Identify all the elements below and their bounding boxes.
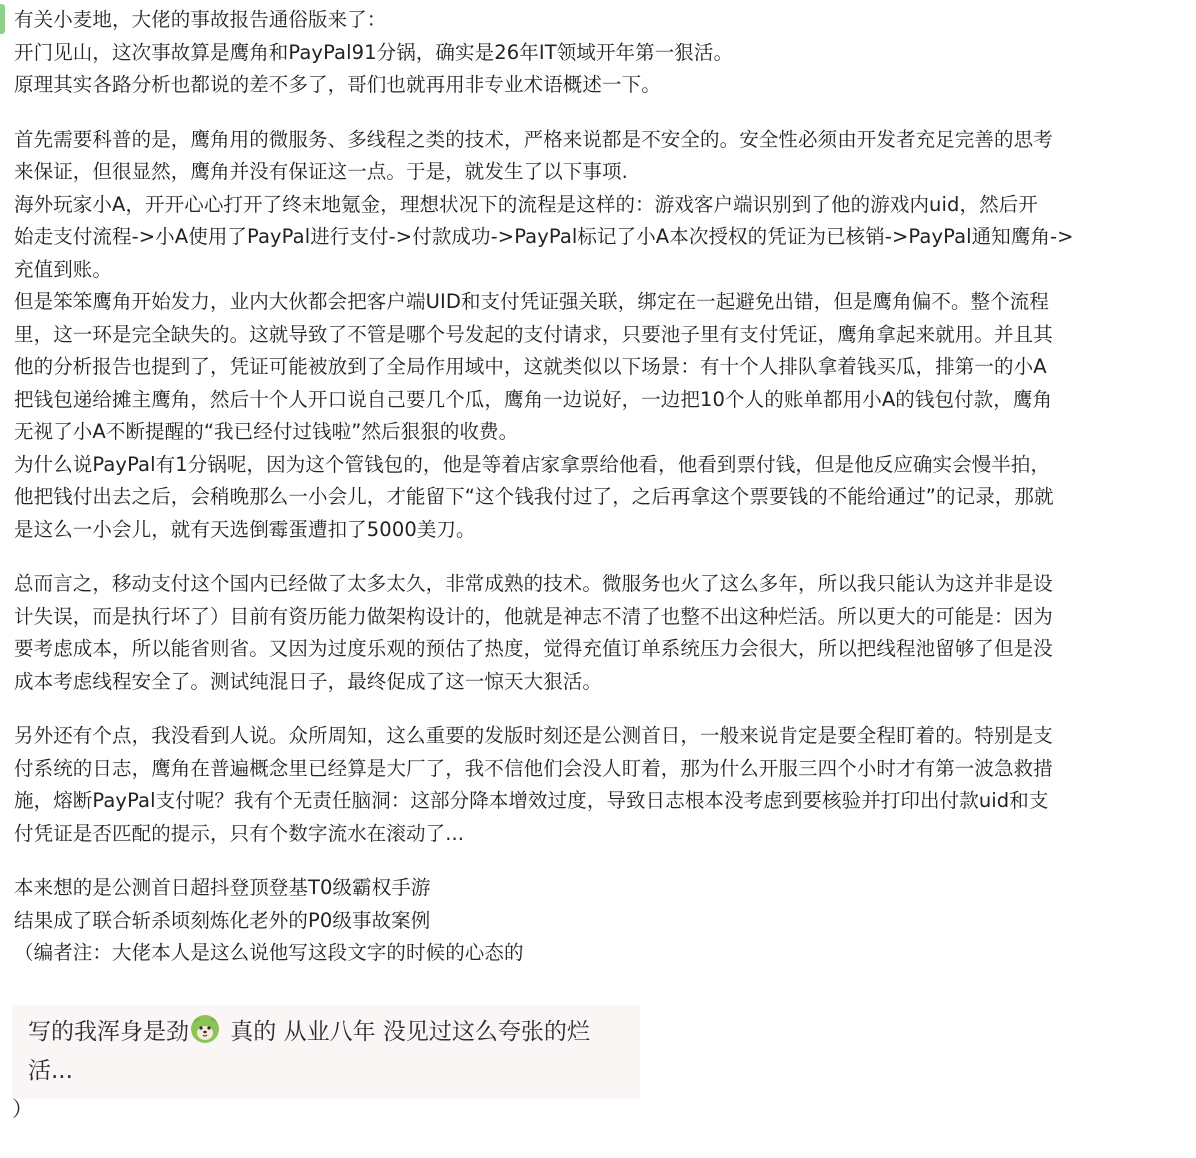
paragraph-gap (14, 850, 1196, 872)
text-line: 他的分析报告也提到了，凭证可能被放到了全局作用域中，这就类似以下场景：有十个人排… (14, 351, 1196, 384)
text-line: 为什么说PayPal有1分锅呢，因为这个管钱包的，他是等着店家拿票给他看，他看到… (14, 449, 1196, 482)
text-line: 把钱包递给摊主鹰角，然后十个人开口说自己要几个瓜，鹰角一边说好，一边把10个人的… (14, 384, 1196, 417)
text-line: 另外还有个点，我没看到人说。众所周知，这么重要的发版时刻还是公测首日，一般来说肯… (14, 720, 1196, 753)
text-line: 他把钱付出去之后，会稍晚那么一小会儿，才能留下“这个钱我付过了，之后再拿这个票要… (14, 481, 1196, 514)
text-line: 首先需要科普的是，鹰角用的微服务、多线程之类的技术，严格来说都是不安全的。安全性… (14, 124, 1196, 157)
text-line: 始走支付流程->小A使用了PayPal进行支付->付款成功->PayPal标记了… (14, 221, 1196, 254)
summary-paragraph: 总而言之，移动支付这个国内已经做了太多太久，非常成熟的技术。微服务也火了这么多年… (14, 568, 1196, 698)
text-line: 充值到账。 (14, 254, 1196, 287)
text-line: 要考虑成本，所以能省则省。又因为过度乐观的预估了热度，觉得充值订单系统压力会很大… (14, 633, 1196, 666)
paragraph-gap (14, 102, 1196, 124)
text-line: 付系统的日志，鹰角在普遍概念里已经算是大厂了，我不信他们会没人盯着，那为什么开服… (14, 753, 1196, 786)
quote-text-part: 活... (28, 1058, 73, 1084)
post-body: 有关小麦地，大佬的事故报告通俗版来了： 开门见山，这次事故算是鹰角和PayPal… (14, 4, 1196, 970)
analysis-paragraph: 首先需要科普的是，鹰角用的微服务、多线程之类的技术，严格来说都是不安全的。安全性… (14, 124, 1196, 547)
quote-text-part: 真的 从业八年 没见过这么夸张的烂 (223, 1019, 590, 1045)
closing-parenthesis: ） (12, 1093, 33, 1125)
text-line: 总而言之，移动支付这个国内已经做了太多太久，非常成熟的技术。微服务也火了这么多年… (14, 568, 1196, 601)
green-dog-emoji-icon (190, 1014, 220, 1044)
paragraph-gap (14, 546, 1196, 568)
text-line: 无视了小A不断提醒的“我已经付过钱啦”然后狠狠的收费。 (14, 416, 1196, 449)
text-line: 来保证，但很显然，鹰角并没有保证这一点。于是，就发生了以下事项. (14, 156, 1196, 189)
intro-paragraph: 有关小麦地，大佬的事故报告通俗版来了： 开门见山，这次事故算是鹰角和PayPal… (14, 4, 1196, 102)
editor-note-line: （编者注：大佬本人是这么说他写这段文字的时候的心态的 (14, 937, 1196, 970)
left-edge-marker (0, 4, 5, 34)
extra-point-paragraph: 另外还有个点，我没看到人说。众所周知，这么重要的发版时刻还是公测首日，一般来说肯… (14, 720, 1196, 850)
text-line: 结果成了联合斩杀顷刻炼化老外的P0级事故案例 (14, 905, 1196, 938)
text-line: 海外玩家小A，开开心心打开了终末地氪金，理想状况下的流程是这样的：游戏客户端识别… (14, 189, 1196, 222)
text-line: 付凭证是否匹配的提示，只有个数字流水在滚动了... (14, 818, 1196, 851)
text-line: 里，这一环是完全缺失的。这就导致了不管是哪个号发起的支付请求，只要池子里有支付凭… (14, 319, 1196, 352)
quote-text-part: 写的我浑身是劲 (28, 1019, 189, 1045)
text-line: 但是笨笨鹰角开始发力，业内大伙都会把客户端UID和支付凭证强关联，绑定在一起避免… (14, 286, 1196, 319)
text-line: 施，熔断PayPal支付呢？我有个无责任脑洞：这部分降本增效过度，导致日志根本没… (14, 785, 1196, 818)
text-line: 本来想的是公测首日超抖登顶登基T0级霸权手游 (14, 872, 1196, 905)
quoted-message: 写的我浑身是劲 真的 从业八年 没见过这么夸张的烂 活... (28, 1013, 590, 1091)
text-line: 原理其实各路分析也都说的差不多了，哥们也就再用非专业术语概述一下。 (14, 69, 1196, 102)
text-line: 有关小麦地，大佬的事故报告通俗版来了： (14, 4, 1196, 37)
closing-paragraph: 本来想的是公测首日超抖登顶登基T0级霸权手游 结果成了联合斩杀顷刻炼化老外的P0… (14, 872, 1196, 970)
text-line: 计失误，而是执行坏了）目前有资历能力做架构设计的，他就是神志不清了也整不出这种烂… (14, 601, 1196, 634)
text-line: 是这么一小会儿，就有天选倒霉蛋遭扣了5000美刀。 (14, 514, 1196, 547)
text-line: 开门见山，这次事故算是鹰角和PayPal91分锅，确实是26年IT领域开年第一狠… (14, 37, 1196, 70)
paragraph-gap (14, 698, 1196, 720)
text-line: 成本考虑线程安全了。测试纯混日子，最终促成了这一惊天大狠活。 (14, 666, 1196, 699)
